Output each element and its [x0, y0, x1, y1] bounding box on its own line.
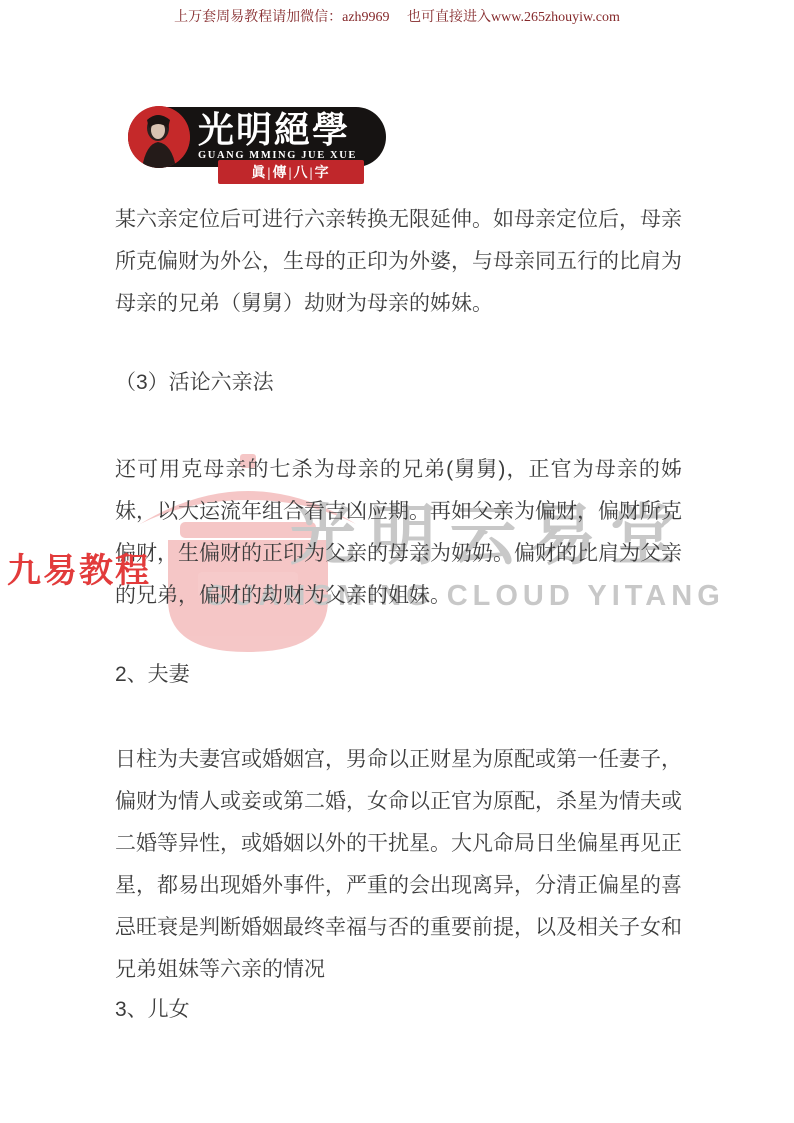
heading-children: 3、儿女 [115, 989, 682, 1031]
heading-live-analysis-method: （3）活论六亲法 [115, 362, 682, 404]
logo-text-group: 光明絕學 GUANG MMING JUE XUE [198, 112, 357, 162]
paragraph-marriage-palace: 日柱为夫妻宫或婚姻宫，男命以正财星为原配或第一任妻子，偏财为情人或妾或第二婚，女… [115, 739, 682, 991]
paragraph-mother-father-stars: 还可用克母亲的七杀为母亲的兄弟(舅舅)，正官为母亲的姊妹，以大运流年组合看吉凶应… [115, 449, 682, 617]
heading-spouse: 2、夫妻 [115, 654, 682, 696]
portrait-icon [128, 106, 190, 168]
person-bust-icon [128, 106, 190, 168]
logo-plate: 光明絕學 GUANG MMING JUE XUE [128, 107, 386, 167]
promo-header-text: 上万套周易教程请加微信：azh9969 也可直接进入www.265zhouyiw… [174, 10, 620, 25]
red-watermark-jiuyi: 九易教程 [7, 543, 151, 592]
logo-title: 光明絕學 [198, 112, 357, 148]
document-page: 上万套周易教程请加微信：azh9969 也可直接进入www.265zhouyiw… [0, 0, 794, 1123]
paragraph-six-relatives-conversion: 某六亲定位后可进行六亲转换无限延伸。如母亲定位后，母亲所克偏财为外公，生母的正印… [115, 199, 682, 325]
promo-header: 上万套周易教程请加微信：azh9969 也可直接进入www.265zhouyiw… [0, 6, 794, 26]
brand-logo: 光明絕學 GUANG MMING JUE XUE 眞|傳|八|字 [128, 107, 386, 167]
logo-banner: 眞|傳|八|字 [218, 160, 364, 184]
